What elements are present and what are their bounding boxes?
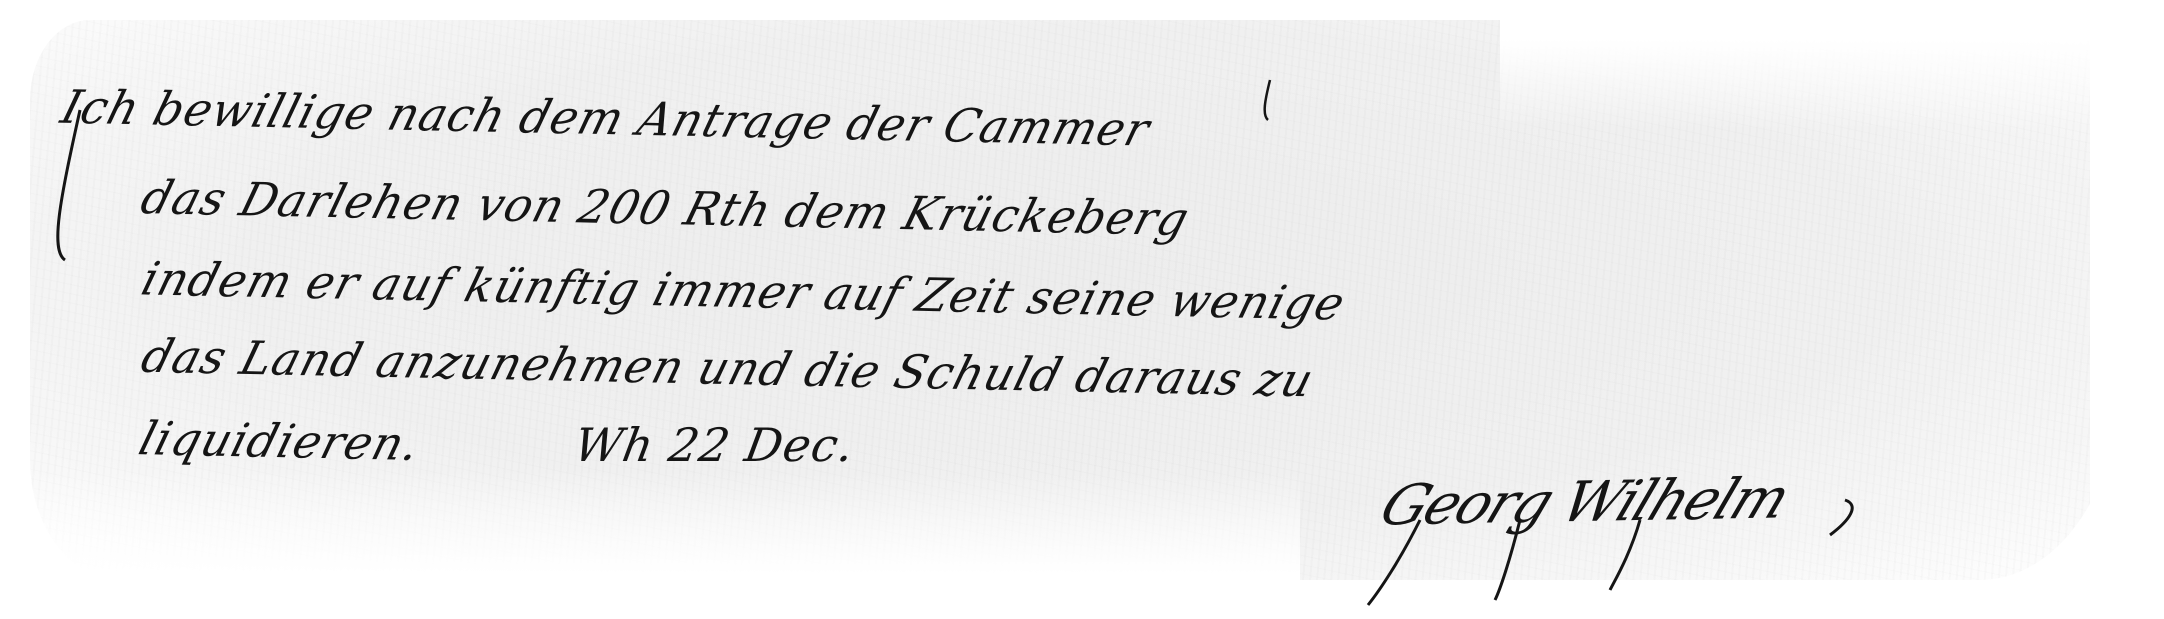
text-line-5: liquidieren. bbox=[135, 415, 426, 467]
paper-edge-fade bbox=[0, 470, 1300, 619]
signature: Georg Wilhelm bbox=[1371, 467, 1797, 539]
paper-edge-fade bbox=[2090, 0, 2164, 619]
paper-edge-fade bbox=[1500, 0, 2164, 130]
date-line: Wh 22 Dec. bbox=[570, 418, 859, 472]
